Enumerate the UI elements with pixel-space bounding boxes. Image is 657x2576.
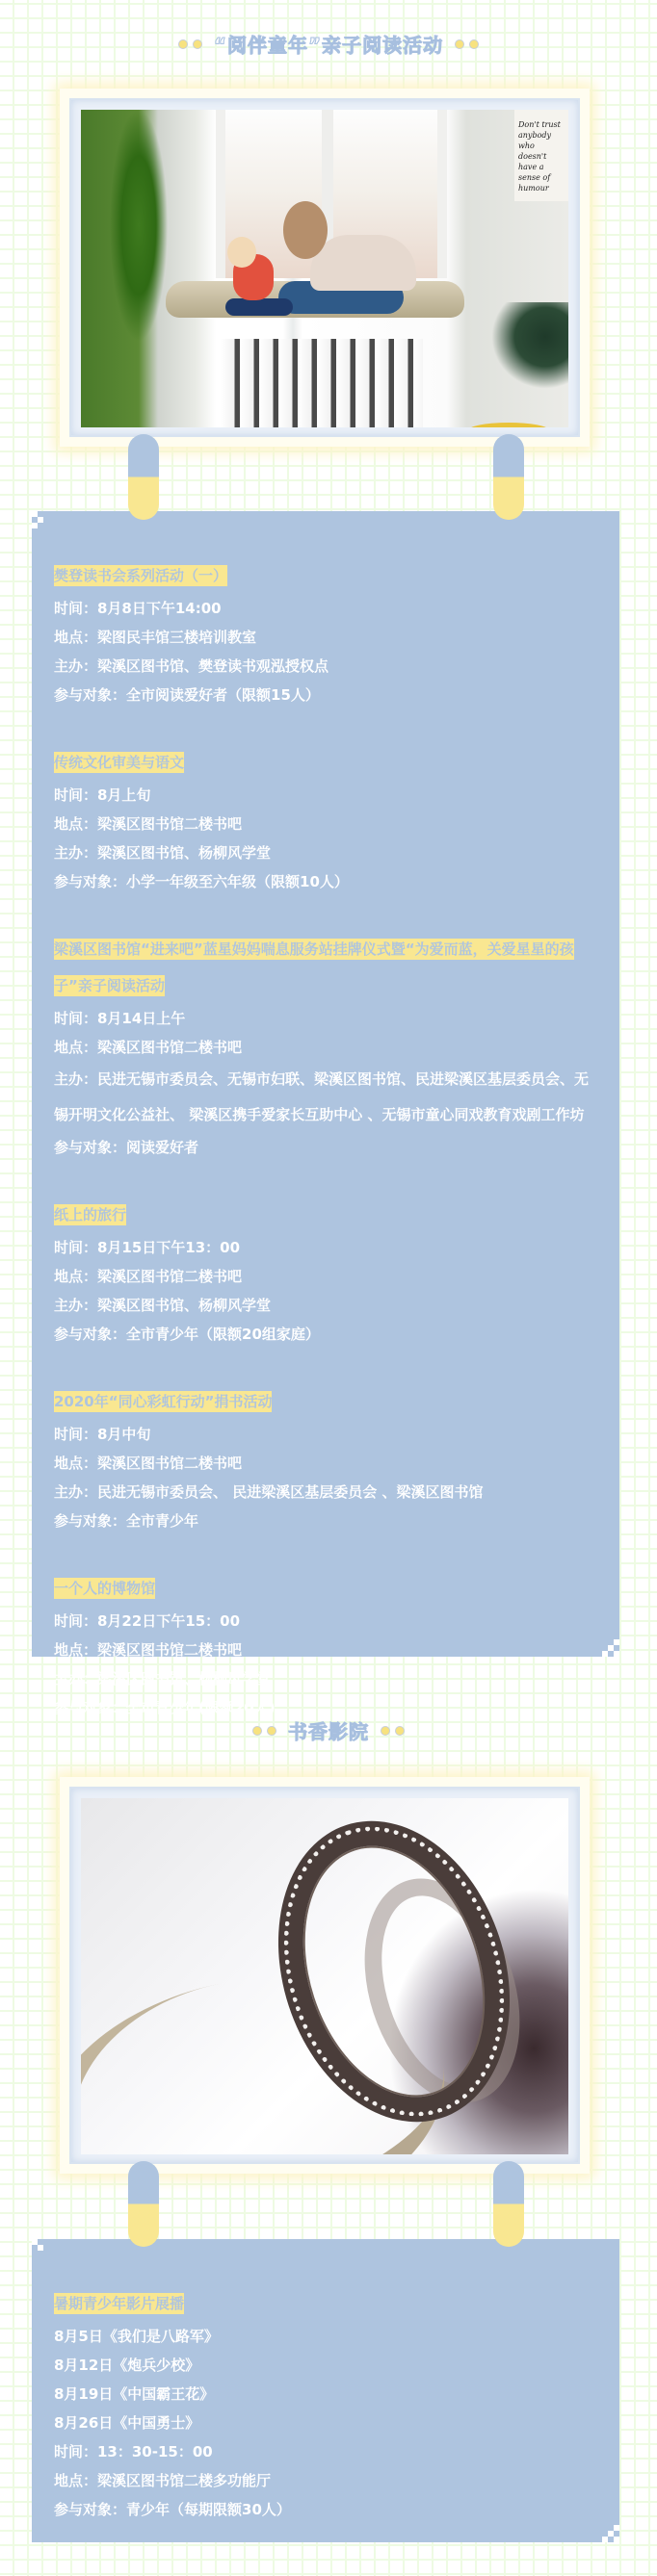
film-reel-photo: [81, 1798, 568, 2154]
events-card-reading: 樊登读书会系列活动（一） 时间：8月8日下午14:00 地点：梁图民丰馆三楼培训…: [32, 511, 619, 1657]
event-item: 暑期青少年影片展播 8月5日《我们是八路军》 8月12日《炮兵少校》 8月19日…: [54, 2285, 597, 2524]
event-time: 时间：13：30-15：00: [54, 2437, 597, 2466]
screening-item: 8月26日《中国勇士》: [54, 2409, 597, 2437]
event-location: 地点：梁溪区图书馆二楼书吧: [54, 810, 597, 838]
event-item: 纸上的旅行 时间：8月15日下午13：00 地点：梁溪区图书馆二楼书吧 主办：梁…: [54, 1197, 597, 1349]
decor-dots-right: [455, 39, 479, 49]
events-card-cinema: 暑期青少年影片展播 8月5日《我们是八路军》 8月12日《炮兵少校》 8月19日…: [32, 2239, 619, 2542]
corner-notch-icon: [602, 2525, 619, 2542]
event-audience: 参与对象：全市阅读爱好者（限额15人）: [54, 681, 597, 709]
event-audience: 参与对象：小学一年级至六年级（限额10人）: [54, 867, 597, 896]
pill-clip-left-2: [128, 2161, 159, 2247]
event-time: 时间：8月中旬: [54, 1420, 597, 1449]
family-reading-photo: Don't trust anybody who doesn't have a s…: [81, 110, 568, 427]
decor-dots-left: [252, 1726, 276, 1736]
event-location: 地点：梁溪区图书馆二楼书吧: [54, 1449, 597, 1478]
event-title: 一个人的博物馆: [54, 1578, 155, 1599]
event-location: 地点：梁溪区图书馆二楼书吧: [54, 1262, 597, 1291]
event-organizer: 主办：梁溪区图书馆、杨柳风学堂: [54, 838, 597, 867]
event-title: 纸上的旅行: [54, 1204, 126, 1225]
photo-frame-2: [60, 1777, 590, 2174]
event-item: 2020年“同心彩虹行动”捐书活动 时间：8月中旬 地点：梁溪区图书馆二楼书吧 …: [54, 1383, 597, 1535]
event-title: 2020年“同心彩虹行动”捐书活动: [54, 1391, 272, 1412]
event-time: 时间：8月8日下午14:00: [54, 594, 597, 623]
screening-item: 8月5日《我们是八路军》: [54, 2322, 597, 2351]
event-audience: 参与对象：青少年（每期限额30人）: [54, 2495, 597, 2524]
corner-notch-icon: [32, 2239, 49, 2256]
wall-poster: Don't trust anybody who doesn't have a s…: [514, 110, 568, 201]
event-location: 地点：梁溪区图书馆二楼书吧: [54, 1033, 597, 1062]
corner-notch-icon: [602, 1639, 619, 1657]
event-time: 时间：8月14日上午: [54, 1004, 597, 1033]
event-organizer: 主办：梁溪区图书馆、杨柳风学堂: [54, 1664, 597, 1693]
event-audience: 参与对象：全市青少年（限额20组家庭）: [54, 1320, 597, 1349]
event-audience: 参与对象：全市青少年: [54, 1507, 597, 1535]
event-audience: 参与对象：全市青少年(限额20人): [54, 1693, 597, 1722]
event-audience: 参与对象：阅读爱好者: [54, 1133, 597, 1162]
event-item: 一个人的博物馆 时间：8月22日下午15：00 地点：梁溪区图书馆二楼书吧 主办…: [54, 1570, 597, 1722]
event-location: 地点：梁溪区图书馆二楼多功能厅: [54, 2466, 597, 2495]
pill-clip-right-1: [493, 434, 524, 520]
decor-dots-right: [381, 1726, 405, 1736]
section-title-text: “阅伴童年”亲子阅读活动: [214, 30, 443, 58]
event-title: 传统文化审美与语文: [54, 752, 184, 773]
screening-item: 8月12日《炮兵少校》: [54, 2351, 597, 2380]
event-location: 地点：梁图民丰馆三楼培训教室: [54, 623, 597, 652]
event-time: 时间：8月15日下午13：00: [54, 1233, 597, 1262]
event-organizer: 主办：梁溪区图书馆、樊登读书观泓授权点: [54, 652, 597, 681]
photo-frame-1: Don't trust anybody who doesn't have a s…: [60, 89, 590, 447]
event-title: 暑期青少年影片展播: [54, 2293, 184, 2314]
event-item: 传统文化审美与语文 时间：8月上旬 地点：梁溪区图书馆二楼书吧 主办：梁溪区图书…: [54, 744, 597, 896]
event-organizer: 主办：民进无锡市委员会、无锡市妇联、梁溪区图书馆、民进梁溪区基层委员会、无锡开明…: [54, 1062, 597, 1133]
event-title: 梁溪区图书馆“进来吧”蓝星妈妈喘息服务站挂牌仪式暨“为爱而蓝，关爱星星的孩子”亲…: [54, 939, 574, 996]
section-title-reading: “阅伴童年”亲子阅读活动: [0, 30, 657, 58]
event-item: 梁溪区图书馆“进来吧”蓝星妈妈喘息服务站挂牌仪式暨“为爱而蓝，关爱星星的孩子”亲…: [54, 931, 597, 1162]
pill-clip-left-1: [128, 434, 159, 520]
event-item: 樊登读书会系列活动（一） 时间：8月8日下午14:00 地点：梁图民丰馆三楼培训…: [54, 557, 597, 709]
decor-dots-left: [178, 39, 202, 49]
pill-clip-right-2: [493, 2161, 524, 2247]
event-time: 时间：8月22日下午15：00: [54, 1607, 597, 1636]
screening-item: 8月19日《中国霸王花》: [54, 2380, 597, 2409]
event-time: 时间：8月上旬: [54, 781, 597, 810]
corner-notch-icon: [32, 511, 49, 528]
event-title: 樊登读书会系列活动（一）: [54, 565, 227, 586]
event-organizer: 主办：民进无锡市委员会、 民进梁溪区基层委员会 、梁溪区图书馆: [54, 1478, 597, 1507]
event-location: 地点：梁溪区图书馆二楼书吧: [54, 1636, 597, 1664]
event-organizer: 主办：梁溪区图书馆、杨柳风学堂: [54, 1291, 597, 1320]
